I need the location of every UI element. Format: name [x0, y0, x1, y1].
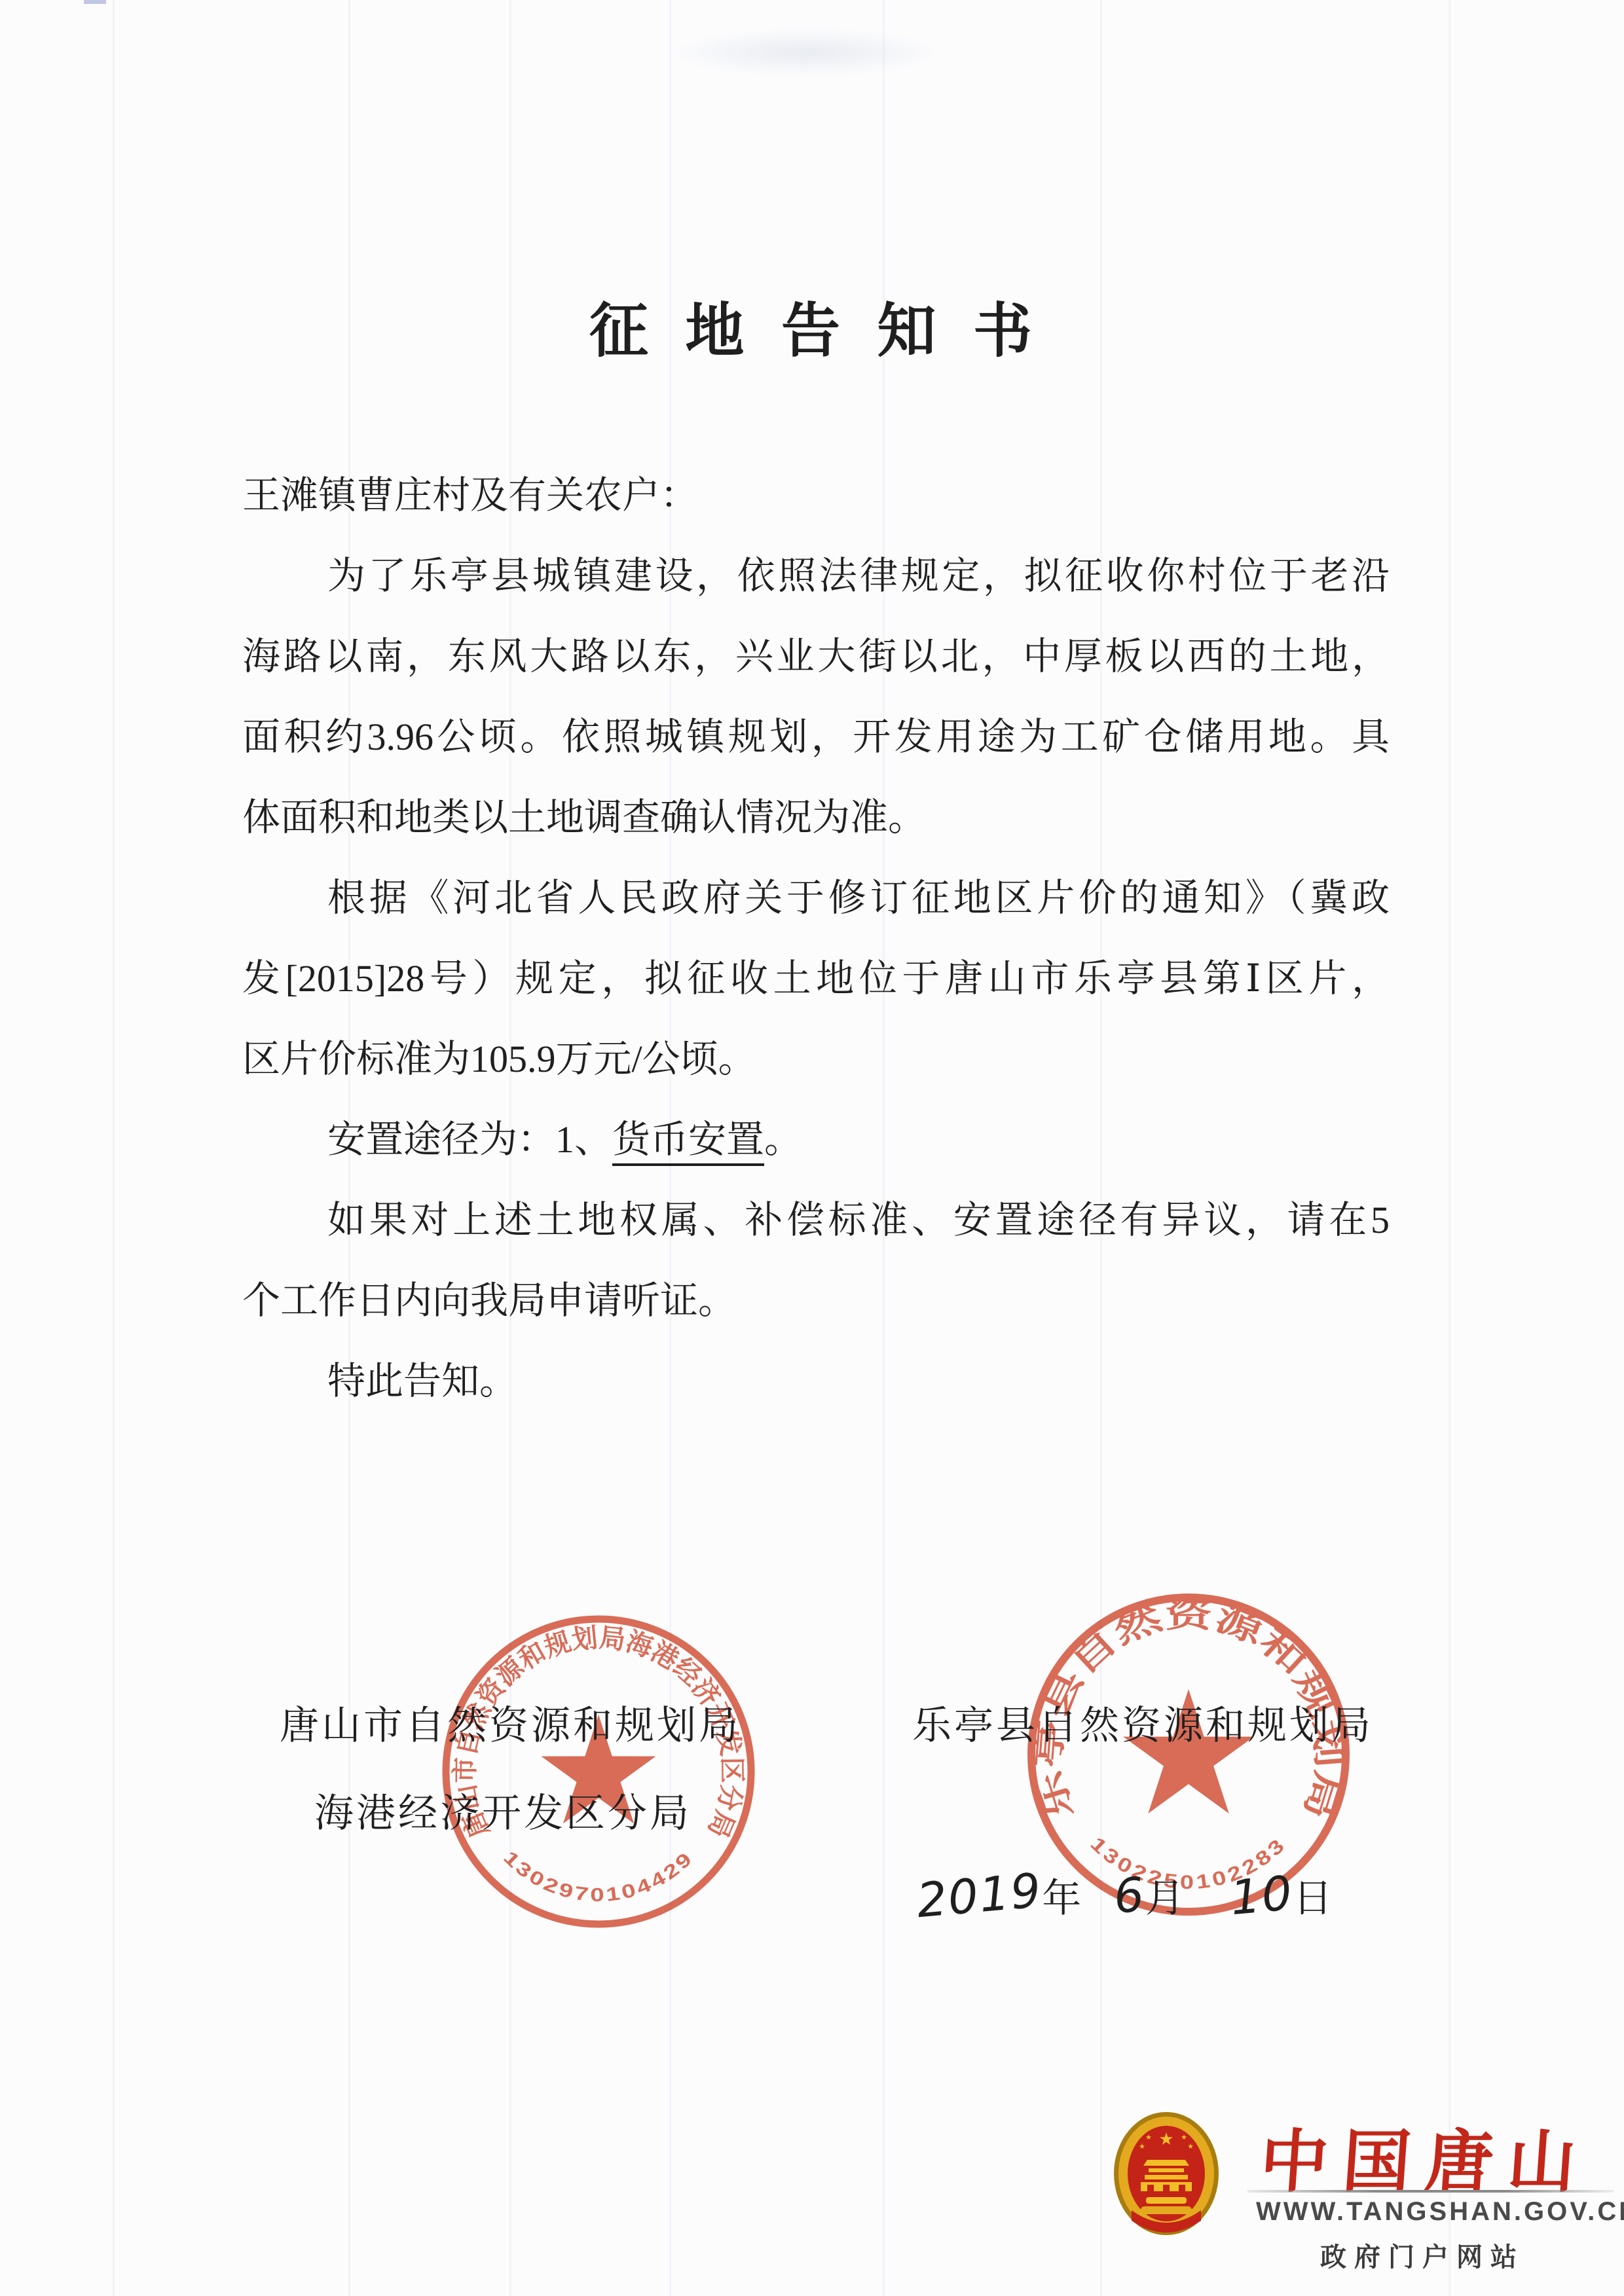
date-month-label: 月: [1145, 1877, 1185, 1920]
body-line: 根据《河北省人民政府关于修订征地区片价的通知》（冀政: [242, 858, 1390, 938]
body-line: 为了乐亭县城镇建设，依照法律规定，拟征收你村位于老沿: [242, 536, 1390, 616]
body-line: 特此告知。: [242, 1341, 1390, 1421]
signature-org-left-line1: 唐山市自然资源和规划局: [280, 1694, 741, 1751]
national-emblem-icon: ★ ★ ★ ★ ★: [1112, 2111, 1221, 2242]
svg-text:★: ★: [1181, 2134, 1187, 2141]
body-line-placement: 安置途径为：1、货币安置。: [242, 1099, 1390, 1180]
body-line: 体面积和地类以土地调查确认情况为准。: [242, 777, 1390, 858]
ink-bleed-ghost: [668, 29, 943, 75]
portal-divider: [1247, 2190, 1614, 2193]
svg-text:★: ★: [1145, 2134, 1152, 2141]
signature-date: 2019年6月10日: [917, 1867, 1333, 1923]
scanned-document-page: 征 地 告 知 书 王滩镇曹庄村及有关农户： 为了乐亭县城镇建设，依照法律规定，…: [0, 0, 1624, 2296]
svg-text:★: ★: [1139, 2143, 1145, 2151]
date-month-handwritten: 6: [1112, 1867, 1148, 1924]
emblem-star: ★: [1158, 2130, 1173, 2149]
placement-prefix: 安置途径为：1、: [327, 1118, 612, 1161]
date-day-label: 日: [1293, 1877, 1333, 1920]
signature-org-right-line1: 乐亭县自然资源和规划局: [912, 1694, 1373, 1751]
document-title: 征 地 告 知 书: [0, 283, 1624, 368]
scan-edge-mark: [84, 0, 106, 4]
portal-tagline: 政府门户网站: [1320, 2236, 1524, 2274]
signature-org-left-line2: 海港经济开发区分局: [314, 1782, 692, 1838]
body-line: 区片价标准为105.9万元/公顷。: [242, 1019, 1390, 1099]
seal-code: 1302970104429: [499, 1847, 698, 1906]
body-line: 王滩镇曹庄村及有关农户：: [242, 455, 1390, 536]
portal-url: WWW.TANGSHAN.GOV.CN: [1256, 2197, 1624, 2227]
body-line: 海路以南，东风大路以东，兴业大街以北，中厚板以西的土地，: [242, 616, 1390, 697]
official-seal-left: 唐山市自然资源和规划局海港经济开发区分局 1302970104429: [438, 1611, 759, 1932]
body-line: 个工作日内向我局申请听证。: [242, 1260, 1390, 1341]
body-line: 如果对上述土地权属、补偿标准、安置途径有异议，请在5: [242, 1180, 1390, 1260]
date-year-handwritten: 2019: [915, 1863, 1044, 1928]
svg-text:★: ★: [1187, 2143, 1194, 2151]
placement-underlined: 货币安置: [612, 1118, 764, 1166]
date-year-label: 年: [1042, 1877, 1081, 1920]
svg-text:1302970104429: 1302970104429: [499, 1847, 698, 1906]
date-day-handwritten: 10: [1228, 1865, 1296, 1925]
placement-suffix: 。: [764, 1118, 802, 1161]
document-body: 王滩镇曹庄村及有关农户： 为了乐亭县城镇建设，依照法律规定，拟征收你村位于老沿 …: [242, 455, 1390, 1421]
body-line: 面积约3.96公顷。依照城镇规划，开发用途为工矿仓储用地。具: [242, 697, 1390, 777]
body-line: 发[2015]28号）规定，拟征收土地位于唐山市乐亭县第Ⅰ区片，: [242, 938, 1390, 1019]
